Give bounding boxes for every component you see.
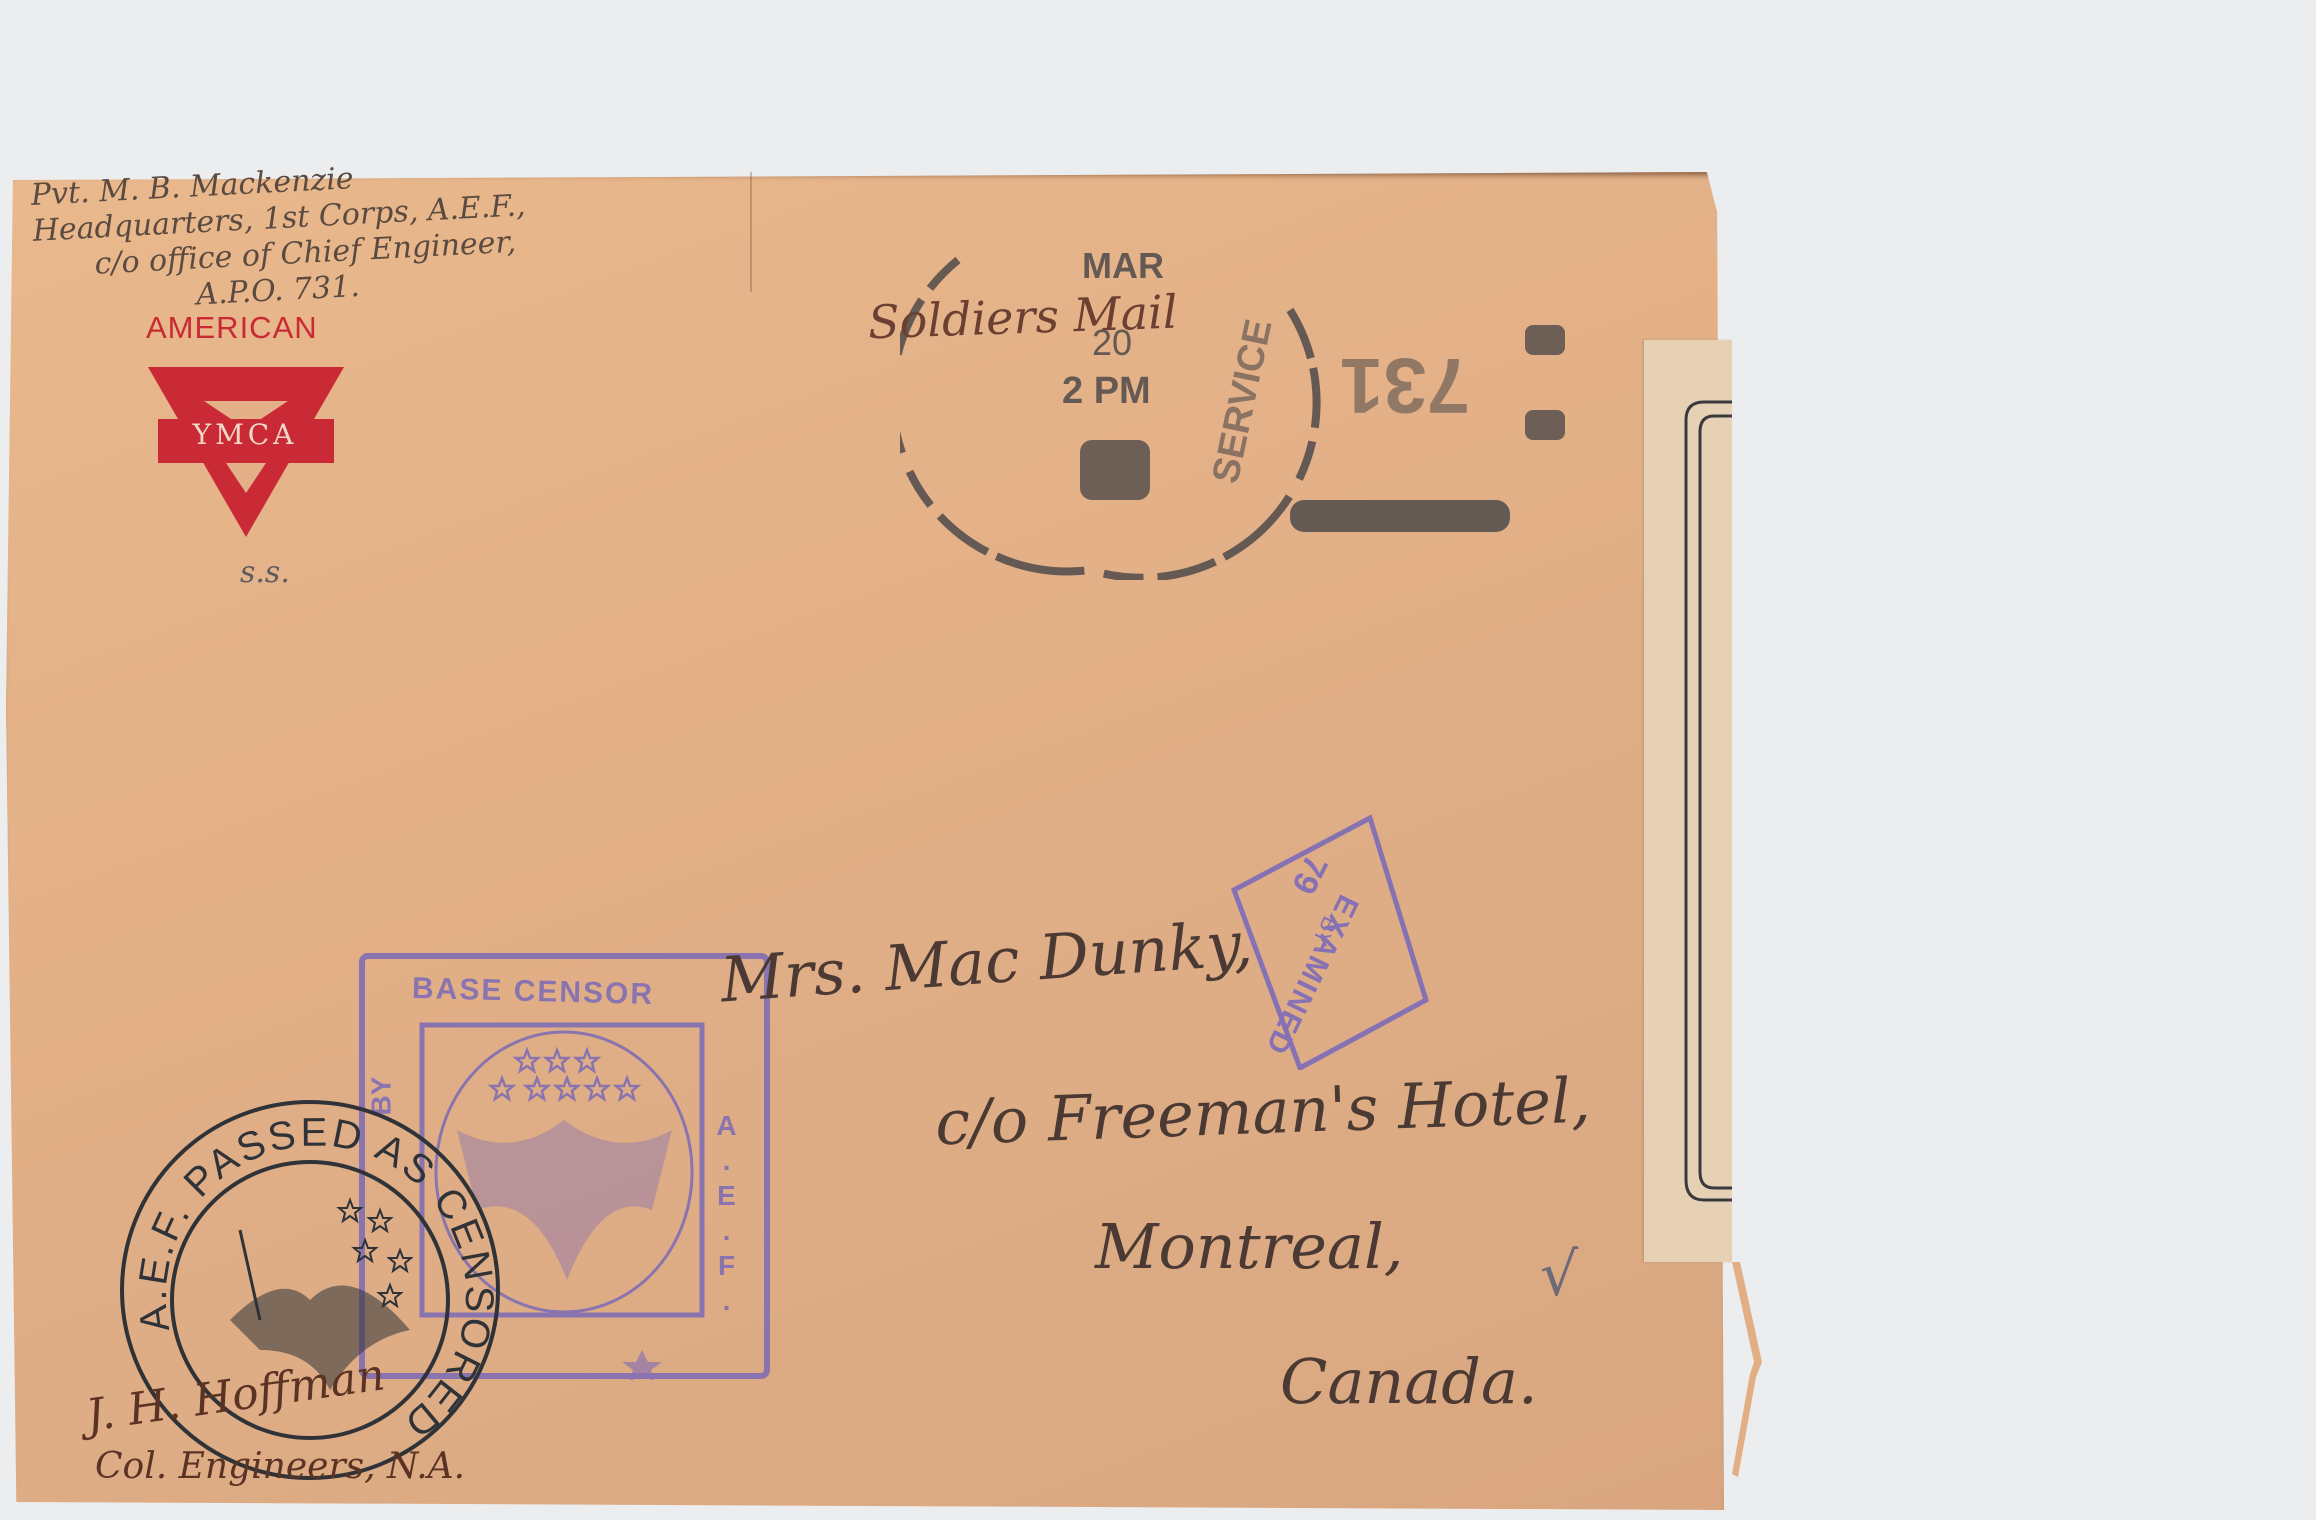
ymca-badge-text: YMCA <box>160 418 330 451</box>
recipient-city: Montreal, <box>1095 1210 1404 1283</box>
resealing-tape <box>1644 340 1732 1262</box>
fold-crease <box>750 172 752 292</box>
tape-border-icon <box>1644 340 1732 1262</box>
postmark-month: MAR <box>1082 245 1164 287</box>
soldiers-mail-frank: Soldiers Mail <box>867 285 1178 350</box>
censor-unit: Col. Engineers, N.A. <box>95 1446 465 1487</box>
ymca-triangle-icon <box>146 365 346 540</box>
postmark-apo-number: 731 <box>1340 340 1470 431</box>
ymca-american-label: AMERICAN <box>146 310 318 346</box>
recipient-country: Canada. <box>1280 1345 1538 1418</box>
sender-address: Pvt. M. B. Mackenzie Headquarters, 1st C… <box>30 152 530 322</box>
pencil-mark: s.s. <box>240 555 290 590</box>
check-mark: √ <box>1540 1240 1578 1310</box>
apo-postmark <box>900 200 1650 580</box>
base-censor-title: BASE CENSOR <box>412 972 655 1012</box>
postmark-time: 2 PM <box>1062 370 1151 413</box>
torn-flap-strip <box>1730 1262 1770 1482</box>
base-censor-aef: A.E.F. <box>710 1110 742 1320</box>
